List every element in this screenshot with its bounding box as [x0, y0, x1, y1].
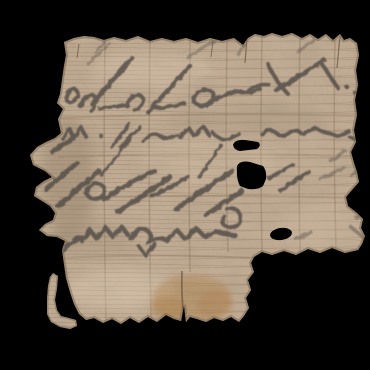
photo-canvas — [0, 0, 370, 370]
hole — [237, 162, 266, 190]
papyrus-photo: Ancient torn papyrus fragment with faded… — [0, 0, 370, 370]
